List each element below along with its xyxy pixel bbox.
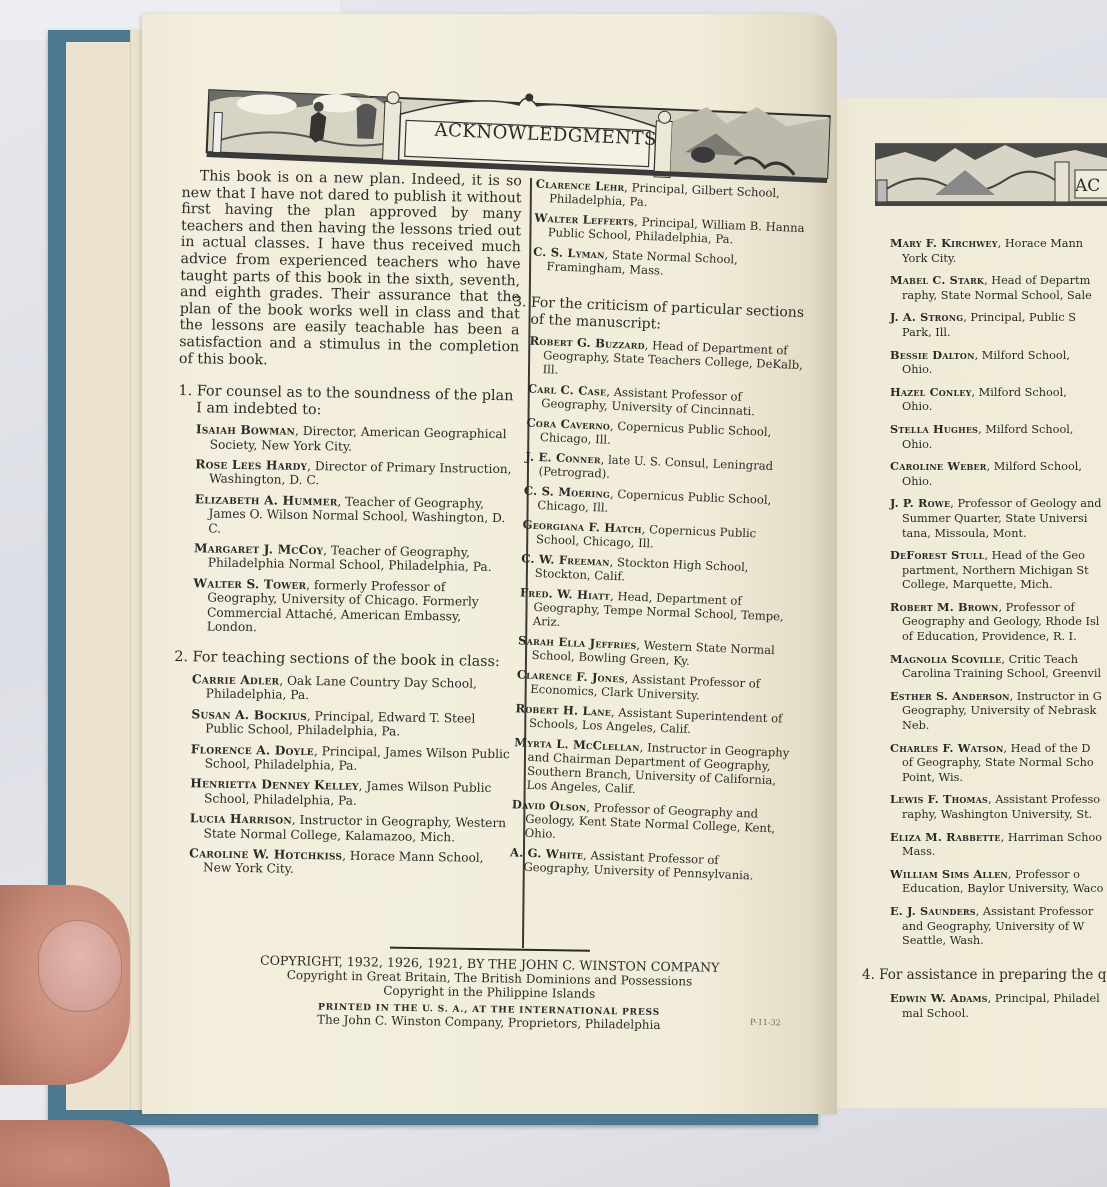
list-item: Bessie Dalton, Milford School,Ohio. <box>890 348 1107 378</box>
right-page-header-banner: AC <box>875 140 1107 210</box>
list-item: Eliza M. Rabbette, Harriman SchooMass. <box>890 830 1107 860</box>
right-page-header-title: AC <box>1075 176 1100 196</box>
list-item: Florence A. Doyle, Principal, James Wils… <box>191 742 513 776</box>
list-item: Esther S. Anderson, Instructor in GGeogr… <box>890 689 1107 734</box>
list-item: J. A. Strong, Principal, Public SPark, I… <box>890 310 1107 340</box>
list-item: Clarence F. Jones, Assistant Professor o… <box>516 667 794 706</box>
thumb-nail <box>38 920 122 1012</box>
list-item: Robert G. Buzzard, Head of Department of… <box>528 334 806 387</box>
list-item: Magnolia Scoville, Critic TeachCarolina … <box>890 652 1107 682</box>
list-item: Caroline W. Hotchkiss, Horace Mann Schoo… <box>189 846 511 880</box>
list-item: David Olson, Professor of Geography and … <box>511 797 789 850</box>
section-heading: 4. For assistance in preparing the q <box>862 967 1107 984</box>
list-item: Susan A. Bockius, Principal, Edward T. S… <box>191 707 513 741</box>
intro-paragraph: This book is on a new plan. Indeed, it i… <box>179 168 522 372</box>
list-item: Mabel C. Stark, Head of Departmraphy, St… <box>890 273 1107 303</box>
list-item: Robert M. Brown, Professor ofGeography a… <box>890 600 1107 645</box>
list-item: Walter Lefferts, Principal, William B. H… <box>534 211 812 250</box>
list-item: Stella Hughes, Milford School,Ohio. <box>890 422 1107 452</box>
list-item: Margaret J. McCoy, Teacher of Geography,… <box>194 541 516 575</box>
list-item: Caroline Weber, Milford School,Ohio. <box>890 459 1107 489</box>
list-item: Isaiah Bowman, Director, American Geogra… <box>196 422 518 456</box>
list-item: Carrie Adler, Oak Lane Country Day Schoo… <box>192 672 514 706</box>
list-item: William Sims Allen, Professor oEducation… <box>890 867 1107 897</box>
left-column: This book is on a new plan. Indeed, it i… <box>171 168 522 886</box>
hand-lower-finger <box>0 1120 170 1187</box>
list-item: Rose Lees Hardy, Director of Primary Ins… <box>195 457 517 491</box>
landscape-illustration-icon <box>875 140 1107 210</box>
list-item: Walter S. Tower, formerly Professor of G… <box>193 576 516 639</box>
list-item: Mary F. Kirchwey, Horace MannYork City. <box>890 236 1107 266</box>
list-item: Robert H. Lane, Assistant Superintendent… <box>515 701 793 740</box>
list-item: DeForest Stull, Head of the Geopartment,… <box>890 548 1107 593</box>
list-item: A. G. White, Assistant Professor of Geog… <box>509 845 787 884</box>
list-item: J. E. Conner, late U. S. Consul, Leningr… <box>524 449 802 488</box>
list-item: C. S. Lyman, State Normal School, Framin… <box>532 245 810 284</box>
right-page-content: AC Mary F. Kirchwey, Horace MannYork Cit… <box>820 98 1107 1108</box>
list-item: Fred. W. Hiatt, Head, Department of Geog… <box>519 585 797 638</box>
list-item: Carl C. Case, Assistant Professor of Geo… <box>527 382 805 421</box>
list-item: Lucia Harrison, Instructor in Geography,… <box>189 811 511 845</box>
section-heading: 3. For the criticism of particular secti… <box>512 294 808 338</box>
list-item: C. W. Freeman, Stockton High School, Sto… <box>521 551 799 590</box>
section-heading: 1. For counsel as to the soundness of th… <box>178 383 518 421</box>
list-item: Myrta L. McClellan, Instructor in Geogra… <box>512 735 791 802</box>
list-item: C. S. Moering, Copernicus Public School,… <box>523 483 801 522</box>
right-page-entries: Mary F. Kirchwey, Horace MannYork City. … <box>878 236 1107 1028</box>
list-item: J. P. Rowe, Professor of Geology andSumm… <box>890 496 1107 541</box>
list-item: Edwin W. Adams, Principal, Philadelmal S… <box>890 991 1107 1021</box>
list-item: Elizabeth A. Hummer, Teacher of Geograph… <box>194 492 517 540</box>
copyright-block: COPYRIGHT, 1932, 1926, 1921, BY THE JOHN… <box>219 944 760 1033</box>
list-item: Henrietta Denney Kelley, James Wilson Pu… <box>190 777 512 811</box>
list-item: Hazel Conley, Milford School,Ohio. <box>890 385 1107 415</box>
list-item: Georgiana F. Hatch, Copernicus Public Sc… <box>522 517 800 556</box>
print-code: P-11-32 <box>750 1018 781 1028</box>
section-heading: 2. For teaching sections of the book in … <box>174 649 514 671</box>
list-item: Sarah Ella Jeffries, Western State Norma… <box>517 633 795 672</box>
list-item: Cora Caverno, Copernicus Public School, … <box>526 416 804 455</box>
list-item: E. J. Saunders, Assistant Professorand G… <box>890 904 1107 949</box>
list-item: Lewis F. Thomas, Assistant Professoraphy… <box>890 792 1107 822</box>
right-column: Clarence Lehr, Principal, Gilbert School… <box>491 176 813 890</box>
list-item: Charles F. Watson, Head of the Dof Geogr… <box>890 741 1107 786</box>
